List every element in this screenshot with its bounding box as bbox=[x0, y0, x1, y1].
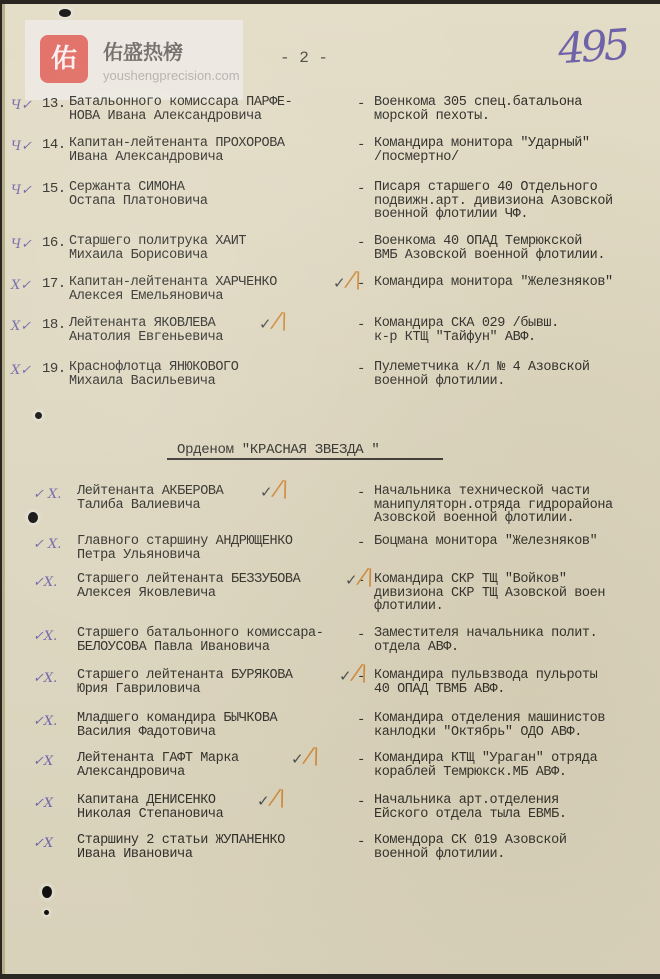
recipient-position: Комендора СК 019 Азовской военной флотил… bbox=[374, 834, 567, 861]
check-mark-icon: ✓ bbox=[339, 667, 352, 685]
punch-hole bbox=[28, 512, 38, 523]
pencil-tally-marks: ✓ Х. bbox=[33, 537, 61, 552]
separator-dash: - bbox=[357, 752, 365, 768]
recipient-position: Командира пульвзвода пульроты 40 ОПАД ТВ… bbox=[374, 669, 597, 696]
punch-hole bbox=[44, 910, 49, 915]
pencil-tally-marks: ✓ Х. bbox=[33, 487, 61, 502]
entry-number: 14. bbox=[42, 137, 66, 153]
watermark-title: 佑盛热榜 bbox=[103, 36, 183, 65]
recipient-name: Капитана ДЕНИСЕНКО Николая Степановича bbox=[77, 794, 223, 822]
check-mark-icon: ✓ bbox=[345, 571, 358, 589]
pencil-tally-marks: ✓Х bbox=[33, 754, 53, 769]
recipient-position: Командира монитора "Ударный" /посмертно/ bbox=[374, 137, 590, 164]
watermark-banner: 佑 佑盛热榜 youshengprecision.com bbox=[25, 20, 243, 100]
recipient-name: Сержанта СИМОНА Остапа Платоновича bbox=[69, 181, 208, 209]
pencil-tally-marks: ✓Х. bbox=[33, 629, 57, 644]
pencil-tally-marks: Х✓ bbox=[11, 278, 31, 293]
recipient-name: Младшего командира БЫЧКОВА Василия Фадот… bbox=[77, 712, 277, 740]
punch-hole bbox=[42, 886, 52, 898]
recipient-name: Краснофлотца ЯНЮКОВОГО Михаила Васильеви… bbox=[69, 361, 238, 389]
recipient-name: Лейтенанта АКБЕРОВА Талиба Валиевича bbox=[77, 485, 223, 513]
recipient-name: Лейтенанта ГАФТ Марка Александровича bbox=[77, 752, 239, 780]
recipient-position: Командира отделения машинистов канлодки … bbox=[374, 712, 605, 739]
recipient-name: Капитан-лейтенанта ХАРЧЕНКО Алексея Емел… bbox=[69, 276, 277, 304]
separator-dash: - bbox=[357, 627, 365, 643]
section-underline bbox=[167, 458, 443, 460]
watermark-logo-icon: 佑 bbox=[40, 35, 88, 83]
recipient-position: Заместителя начальника полит. отдела АВФ… bbox=[374, 627, 597, 654]
separator-dash: - bbox=[357, 712, 365, 728]
approval-mark-icon: /\ bbox=[271, 308, 289, 335]
separator-dash: - bbox=[357, 535, 365, 551]
punch-hole bbox=[35, 412, 42, 419]
pencil-tally-marks: Ч✓ bbox=[11, 237, 32, 252]
recipient-name: Лейтенанта ЯКОВЛЕВА Анатолия Евгеньевича bbox=[69, 317, 223, 345]
pencil-tally-marks: ✓Х bbox=[33, 836, 53, 851]
separator-dash: - bbox=[357, 834, 365, 850]
separator-dash: - bbox=[357, 485, 365, 501]
recipient-position: Боцмана монитора "Железняков" bbox=[374, 535, 597, 549]
pencil-tally-marks: ✓Х bbox=[33, 796, 53, 811]
pencil-tally-marks: Ч✓ bbox=[11, 183, 32, 198]
pencil-tally-marks: Ч✓ bbox=[11, 98, 32, 113]
entry-number: 19. bbox=[42, 361, 66, 377]
recipient-position: Писаря старшего 40 Отдельного подвижн.ар… bbox=[374, 181, 613, 222]
pencil-tally-marks: Ч✓ bbox=[11, 139, 32, 154]
entry-number: 13. bbox=[42, 96, 66, 112]
watermark-url: youshengprecision.com bbox=[103, 68, 240, 83]
approval-mark-icon: /\ bbox=[272, 476, 290, 503]
approval-mark-icon: /\ bbox=[269, 785, 287, 812]
recipient-position: Командира монитора "Железняков" bbox=[374, 276, 613, 290]
recipient-position: Начальника технической части манипулятор… bbox=[374, 485, 613, 526]
recipient-name: Старшего лейтенанта БУРЯКОВА Юрия Гаврил… bbox=[77, 669, 293, 697]
recipient-position: Начальника арт.отделения Ейского отдела … bbox=[374, 794, 567, 821]
separator-dash: - bbox=[357, 361, 365, 377]
separator-dash: - bbox=[357, 96, 365, 112]
recipient-name: Главного старшину АНДРЮЩЕНКО Петра Ульян… bbox=[77, 535, 293, 563]
punch-hole bbox=[59, 9, 71, 17]
separator-dash: - bbox=[357, 181, 365, 197]
recipient-name: Старшего политрука ХАИТ Михаила Борисови… bbox=[69, 235, 246, 263]
entry-number: 17. bbox=[42, 276, 66, 292]
document-page: 佑 佑盛热榜 youshengprecision.com - 2 - 495 Ч… bbox=[2, 4, 660, 974]
check-mark-icon: ✓ bbox=[333, 274, 346, 292]
approval-mark-icon: /\ bbox=[357, 564, 375, 591]
recipient-name: Старшего лейтенанта БЕЗЗУБОВА Алексея Як… bbox=[77, 573, 300, 601]
recipient-position: Пулеметчика к/л № 4 Азовской военной фло… bbox=[374, 361, 590, 388]
page-number: - 2 - bbox=[280, 49, 328, 67]
recipient-position: Военкома 40 ОПАД Темрюкской ВМБ Азовской… bbox=[374, 235, 605, 262]
pencil-tally-marks: ✓Х. bbox=[33, 671, 57, 686]
archive-number: 495 bbox=[556, 20, 627, 74]
recipient-name: Батальонного комиссара ПАРФЕ- НОВА Ивана… bbox=[69, 96, 292, 124]
separator-dash: - bbox=[357, 794, 365, 810]
entry-number: 16. bbox=[42, 235, 66, 251]
separator-dash: - bbox=[357, 137, 365, 153]
approval-mark-icon: /\ bbox=[351, 660, 369, 687]
approval-mark-icon: /\ bbox=[303, 743, 321, 770]
recipient-position: Военкома 305 спец.батальона морской пехо… bbox=[374, 96, 582, 123]
recipient-position: Командира СКР ТЩ "Войков" дивизиона СКР … bbox=[374, 573, 605, 614]
pencil-tally-marks: Х✓ bbox=[11, 319, 31, 334]
recipient-position: Командира КТЩ "Ураган" отряда кораблей Т… bbox=[374, 752, 597, 779]
recipient-name: Старшину 2 статьи ЖУПАНЕНКО Ивана Иванов… bbox=[77, 834, 285, 862]
separator-dash: - bbox=[357, 317, 365, 333]
check-mark-icon: ✓ bbox=[260, 483, 273, 501]
section-heading: Орденом "КРАСНАЯ ЗВЕЗДА " bbox=[177, 442, 380, 458]
recipient-position: Командира СКА 029 /бывш. к-р КТЩ "Тайфун… bbox=[374, 317, 559, 344]
pencil-tally-marks: Х✓ bbox=[11, 363, 31, 378]
pencil-tally-marks: ✓Х. bbox=[33, 575, 57, 590]
entry-number: 18. bbox=[42, 317, 66, 333]
check-mark-icon: ✓ bbox=[291, 750, 304, 768]
check-mark-icon: ✓ bbox=[257, 792, 270, 810]
recipient-name: Старшего батальонного комиссара- БЕЛОУСО… bbox=[77, 627, 323, 655]
check-mark-icon: ✓ bbox=[259, 315, 272, 333]
recipient-name: Капитан-лейтенанта ПРОХОРОВА Ивана Алекс… bbox=[69, 137, 285, 165]
separator-dash: - bbox=[357, 235, 365, 251]
entry-number: 15. bbox=[42, 181, 66, 197]
pencil-tally-marks: ✓Х. bbox=[33, 714, 57, 729]
